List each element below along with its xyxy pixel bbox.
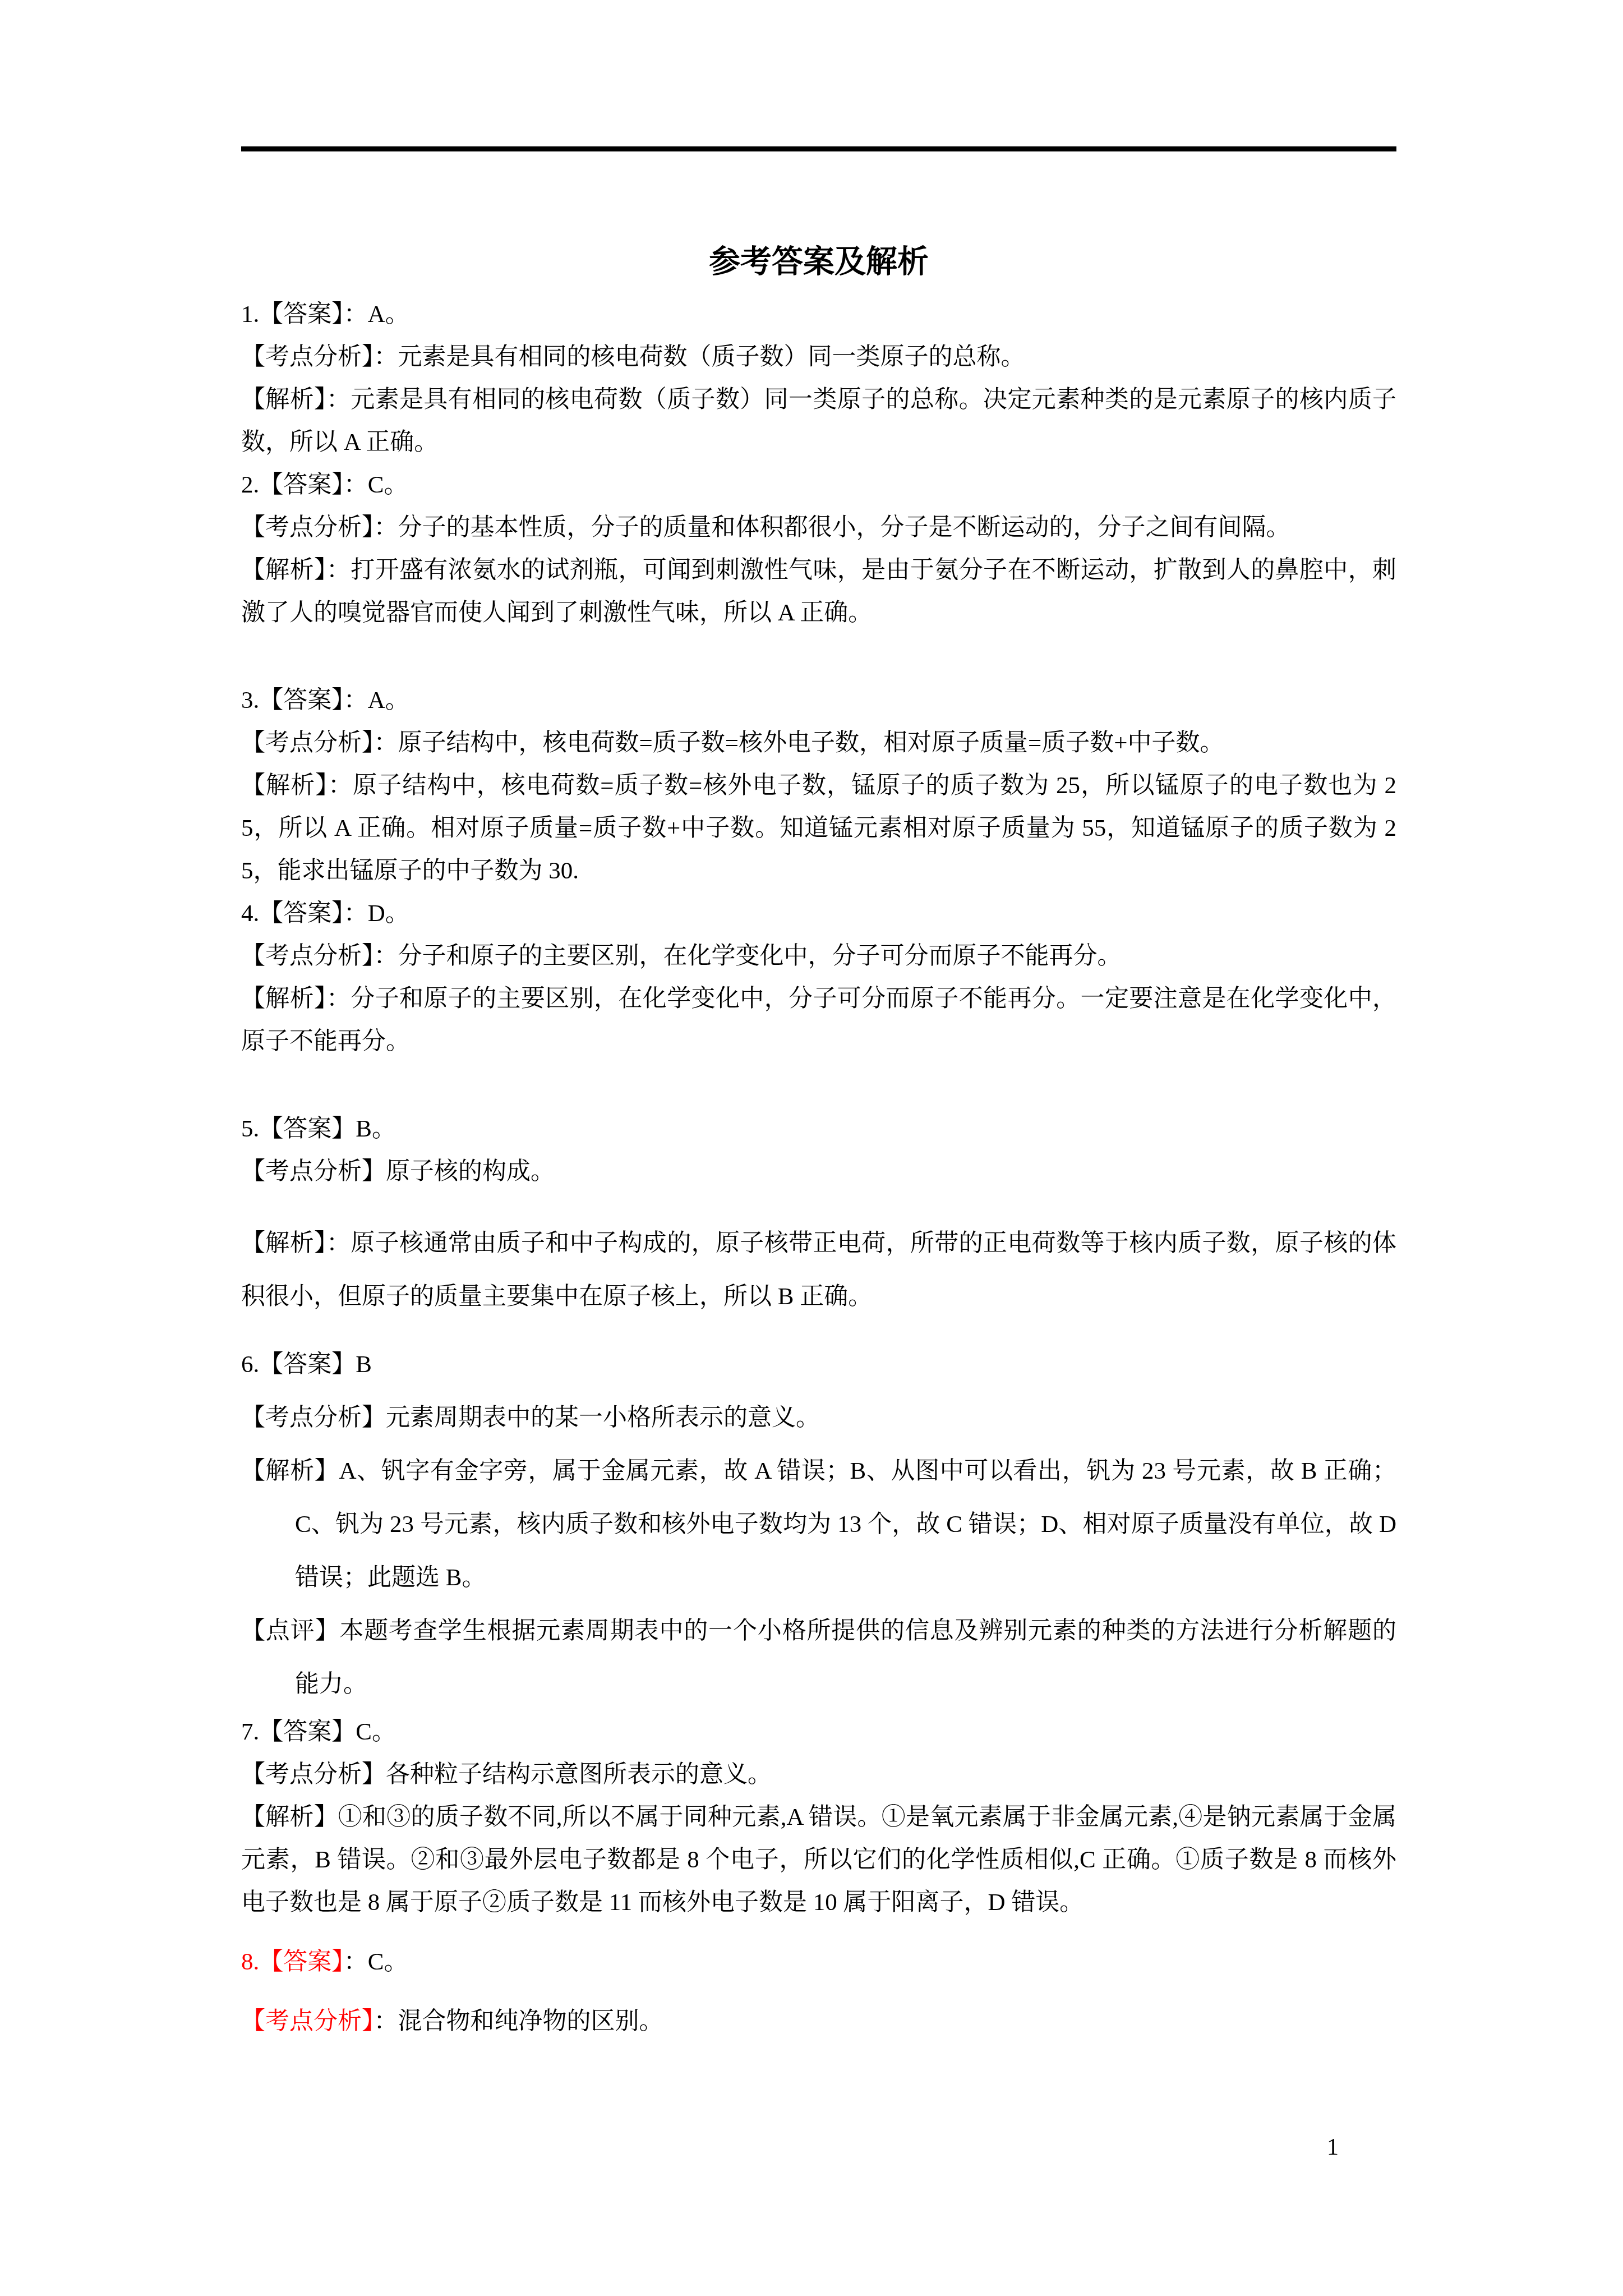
item1-analysis: 【考点分析】：元素是具有相同的核电荷数（质子数）同一类原子的总称。	[241, 336, 1396, 379]
item4-explanation: 【解析】：分子和原子的主要区别，在化学变化中，分子可分而原子不能再分。一定要注意…	[241, 978, 1396, 1063]
item7-explanation: 【解析】①和③的质子数不同,所以不属于同种元素,A 错误。①是氧元素属于非金属元…	[241, 1796, 1396, 1924]
item5-analysis: 【考点分析】原子核的构成。	[241, 1151, 1396, 1193]
item2-analysis: 【考点分析】：分子的基本性质，分子的质量和体积都很小，分子是不断运动的，分子之间…	[241, 507, 1396, 549]
document-content: 参考答案及解析 1.【答案】：A。 【考点分析】：元素是具有相同的核电荷数（质子…	[241, 146, 1396, 2043]
item8-answer-value: ：C。	[344, 1949, 408, 1975]
item6-explanation: 【解析】A、钒字有金字旁，属于金属元素，故 A 错误；B、从图中可以看出，钒为 …	[241, 1444, 1396, 1604]
item8-answer: 8.【答案】：C。	[241, 1941, 1396, 1984]
item7-analysis: 【考点分析】各种粒子结构示意图所表示的意义。	[241, 1754, 1396, 1796]
item8-answer-label: 8.【答案】	[241, 1949, 344, 1975]
item3-answer: 3.【答案】：A。	[241, 679, 1396, 722]
header-rule	[241, 146, 1396, 151]
item2-answer: 2.【答案】：C。	[241, 464, 1396, 507]
item8-analysis: 【考点分析】：混合物和纯净物的区别。	[241, 2000, 1396, 2043]
item4-analysis: 【考点分析】：分子和原子的主要区别，在化学变化中，分子可分而原子不能再分。	[241, 935, 1396, 978]
item7-answer: 7.【答案】C。	[241, 1711, 1396, 1754]
item3-explanation: 【解析】：原子结构中，核电荷数=质子数=核外电子数，锰原子的质子数为 25，所以…	[241, 765, 1396, 892]
item8-analysis-label: 【考点分析】	[241, 2008, 374, 2035]
item4-answer: 4.【答案】：D。	[241, 892, 1396, 935]
item5-explanation: 【解析】：原子核通常由质子和中子构成的，原子核带正电荷，所带的正电荷数等于核内质…	[241, 1217, 1396, 1323]
item2-explanation: 【解析】：打开盛有浓氨水的试剂瓶，可闻到刺激性气味，是由于氨分子在不断运动，扩散…	[241, 549, 1396, 634]
item1-explanation: 【解析】：元素是具有相同的核电荷数（质子数）同一类原子的总称。决定元素种类的是元…	[241, 379, 1396, 464]
item6-answer: 6.【答案】B	[241, 1338, 1396, 1391]
item6-analysis: 【考点分析】元素周期表中的某一小格所表示的意义。	[241, 1391, 1396, 1444]
item8-analysis-value: ：混合物和纯净物的区别。	[374, 2008, 663, 2035]
item6-comment: 【点评】本题考查学生根据元素周期表中的一个小格所提供的信息及辨别元素的种类的方法…	[241, 1604, 1396, 1711]
item1-answer: 1.【答案】：A。	[241, 293, 1396, 336]
item5-answer: 5.【答案】B。	[241, 1108, 1396, 1151]
page-number: 1	[1327, 2134, 1339, 2161]
document-page: 参考答案及解析 1.【答案】：A。 【考点分析】：元素是具有相同的核电荷数（质子…	[0, 0, 1623, 2296]
page-title: 参考答案及解析	[241, 244, 1396, 280]
item3-analysis: 【考点分析】：原子结构中，核电荷数=质子数=核外电子数，相对原子质量=质子数+中…	[241, 722, 1396, 765]
